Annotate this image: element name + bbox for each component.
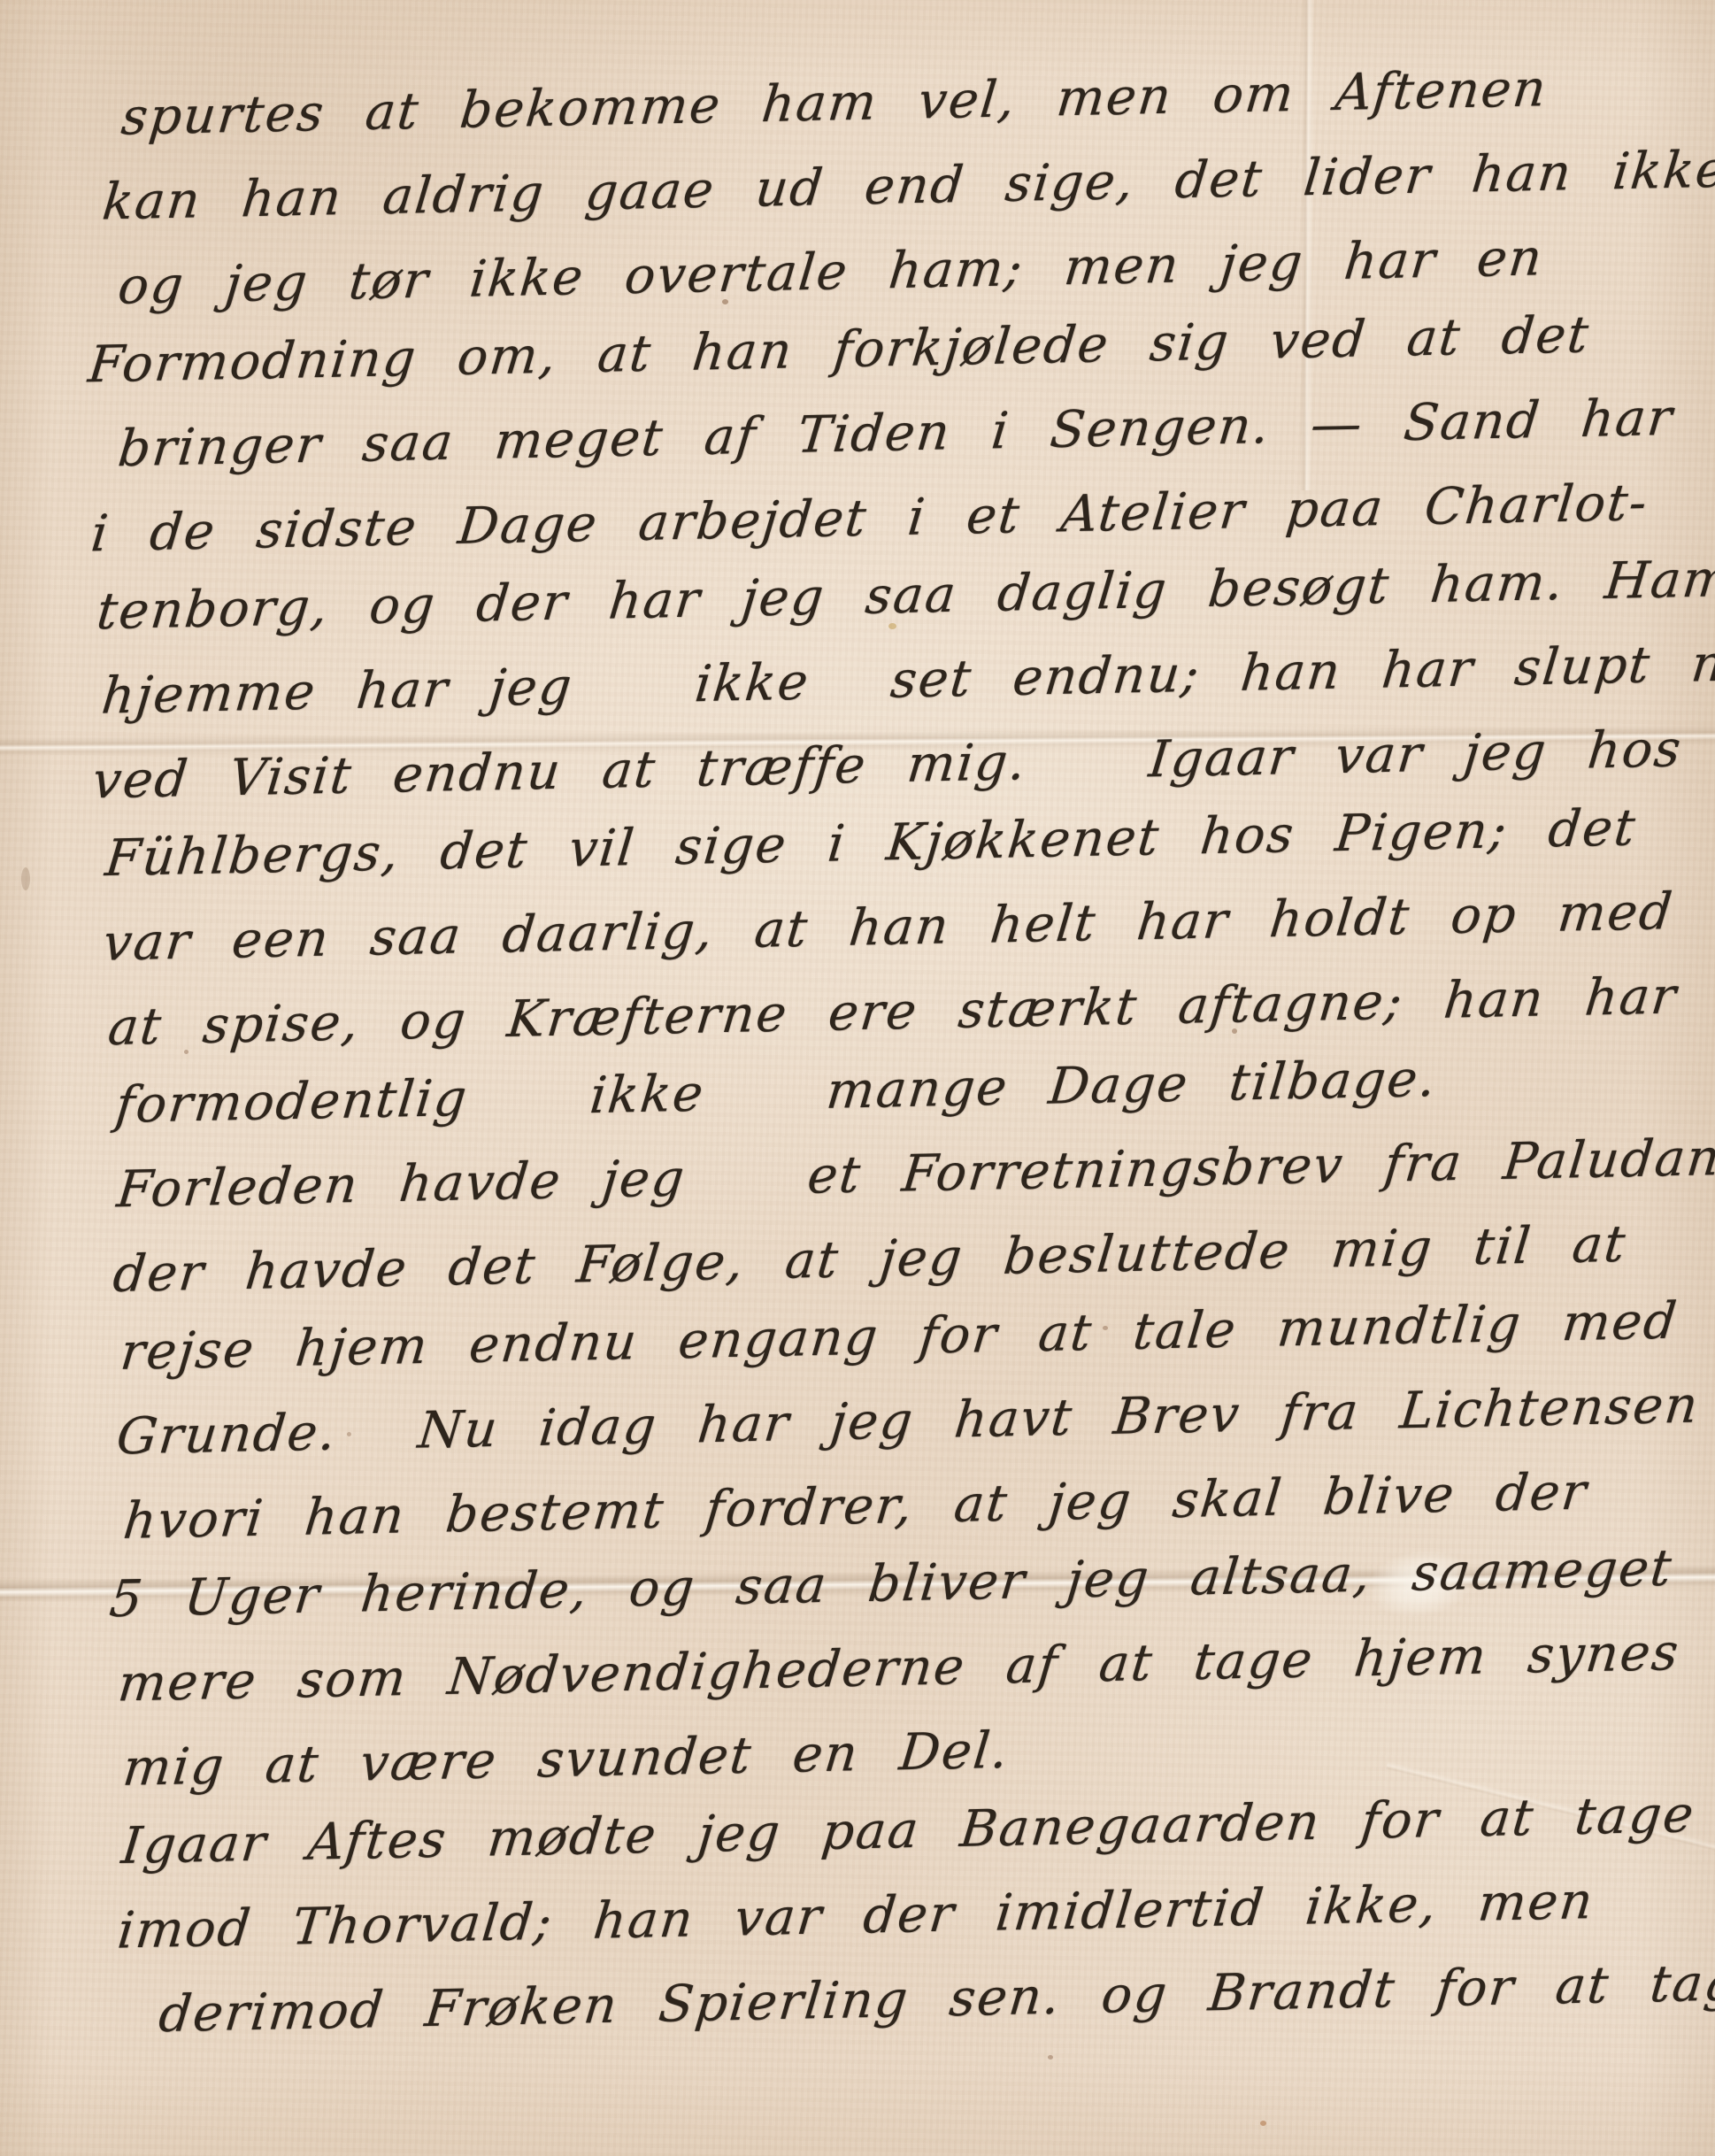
- paper-stain: [1260, 2121, 1266, 2126]
- letter-page: spurtes at bekomme ham vel, men om Aften…: [0, 0, 1715, 2156]
- edge-smudge: [21, 867, 30, 890]
- ink-speck: [1048, 2055, 1053, 2060]
- letter-body: spurtes at bekomme ham vel, men om Aften…: [35, 58, 1715, 2067]
